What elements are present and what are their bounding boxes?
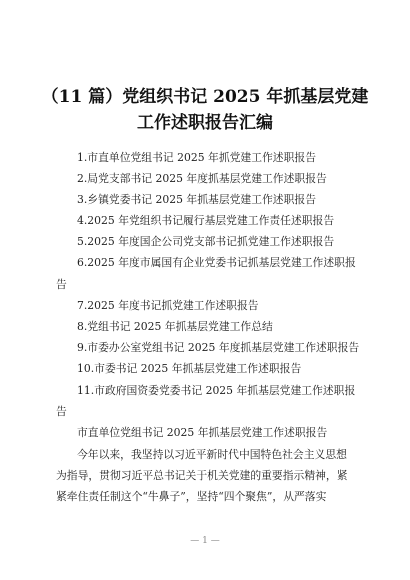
toc-item-5: 5.2025 年度国企公司党支部书记抓党建工作述职报告: [56, 235, 377, 249]
title-line-1: （11 篇）党组织书记 2025 年抓基层党建: [40, 84, 370, 110]
toc-item-11: 11.市政府国资委党委书记 2025 年抓基层党建工作述职报: [56, 384, 377, 398]
body-line-3: 紧牵住责任制这个“牛鼻子”，坚持“四个聚焦”，从严落实: [56, 490, 356, 504]
toc-item-6: 6.2025 年度市属国有企业党委书记抓基层党建工作述职报: [56, 256, 377, 270]
title-line-2: 工作述职报告汇编: [40, 110, 370, 136]
body-line-2: 为指导，贯彻习近平总书记关于机关党建的重要指示精神，紧: [56, 469, 356, 483]
document-page: （11 篇）党组织书记 2025 年抓基层党建 工作述职报告汇编 1.市直单位党…: [0, 0, 410, 580]
toc-item-4: 4.2025 年党组织书记履行基层党建工作责任述职报告: [56, 214, 377, 228]
toc-item-11-continued: 告: [56, 405, 356, 419]
section-title: 市直单位党组书记 2025 年抓基层党建工作述职报告: [56, 426, 377, 440]
toc-item-3: 3.乡镇党委书记 2025 年抓基层党建工作述职报告: [56, 193, 377, 207]
document-title: （11 篇）党组织书记 2025 年抓基层党建 工作述职报告汇编: [40, 84, 370, 136]
toc-item-8: 8.党组书记 2025 年抓基层党建工作总结: [56, 320, 377, 334]
body-line-1: 今年以来，我坚持以习近平新时代中国特色社会主义思想: [56, 448, 377, 462]
toc-item-10: 10.市委书记 2025 年抓基层党建工作述职报告: [56, 362, 377, 376]
toc-item-9: 9.市委办公室党组书记 2025 年度抓基层党建工作述职报告: [56, 341, 377, 355]
toc-item-6-continued: 告: [56, 278, 356, 292]
toc-item-2: 2.局党支部书记 2025 年度抓基层党建工作述职报告: [56, 172, 377, 186]
page-number: — 1 —: [0, 536, 410, 546]
toc-item-7: 7.2025 年度书记抓党建工作述职报告: [56, 299, 377, 313]
toc-item-1: 1.市直单位党组书记 2025 年抓党建工作述职报告: [56, 151, 377, 165]
